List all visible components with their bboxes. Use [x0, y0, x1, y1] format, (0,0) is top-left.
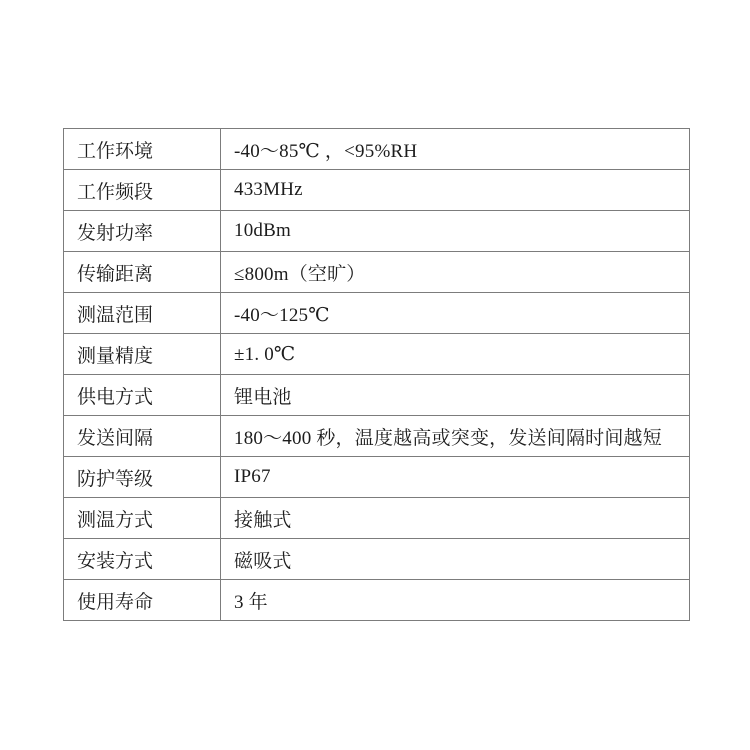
- table-row: 发送间隔180～400 秒，温度越高或突变，发送间隔时间越短: [64, 416, 690, 457]
- spec-label: 测温方式: [64, 498, 221, 539]
- table-row: 测量精度±1. 0℃: [64, 334, 690, 375]
- spec-label: 传输距离: [64, 252, 221, 293]
- spec-label: 供电方式: [64, 375, 221, 416]
- spec-label: 发送间隔: [64, 416, 221, 457]
- table-row: 使用寿命3 年: [64, 580, 690, 621]
- spec-label: 防护等级: [64, 457, 221, 498]
- spec-label: 测量精度: [64, 334, 221, 375]
- spec-value: 10dBm: [221, 211, 690, 252]
- page: 工作环境-40～85℃ ，<95%RH工作频段433MHz发射功率10dBm传输…: [0, 0, 750, 750]
- table-row: 安装方式磁吸式: [64, 539, 690, 580]
- spec-value: ≤800m（空旷）: [221, 252, 690, 293]
- spec-value: 接触式: [221, 498, 690, 539]
- spec-value: 3 年: [221, 580, 690, 621]
- table-row: 传输距离≤800m（空旷）: [64, 252, 690, 293]
- spec-label: 工作频段: [64, 170, 221, 211]
- table-row: 供电方式锂电池: [64, 375, 690, 416]
- spec-value: 433MHz: [221, 170, 690, 211]
- spec-value: 锂电池: [221, 375, 690, 416]
- spec-value: -40～125℃: [221, 293, 690, 334]
- table-row: 防护等级IP67: [64, 457, 690, 498]
- spec-label: 安装方式: [64, 539, 221, 580]
- spec-table: 工作环境-40～85℃ ，<95%RH工作频段433MHz发射功率10dBm传输…: [63, 128, 690, 621]
- table-row: 工作环境-40～85℃ ，<95%RH: [64, 129, 690, 170]
- spec-table-body: 工作环境-40～85℃ ，<95%RH工作频段433MHz发射功率10dBm传输…: [64, 129, 690, 621]
- spec-label: 发射功率: [64, 211, 221, 252]
- table-row: 测温方式接触式: [64, 498, 690, 539]
- table-row: 发射功率10dBm: [64, 211, 690, 252]
- spec-value: IP67: [221, 457, 690, 498]
- spec-label: 使用寿命: [64, 580, 221, 621]
- spec-label: 工作环境: [64, 129, 221, 170]
- spec-value: 180～400 秒，温度越高或突变，发送间隔时间越短: [221, 416, 690, 457]
- spec-value: 磁吸式: [221, 539, 690, 580]
- spec-label: 测温范围: [64, 293, 221, 334]
- table-row: 测温范围-40～125℃: [64, 293, 690, 334]
- spec-value: -40～85℃ ，<95%RH: [221, 129, 690, 170]
- table-row: 工作频段433MHz: [64, 170, 690, 211]
- spec-value: ±1. 0℃: [221, 334, 690, 375]
